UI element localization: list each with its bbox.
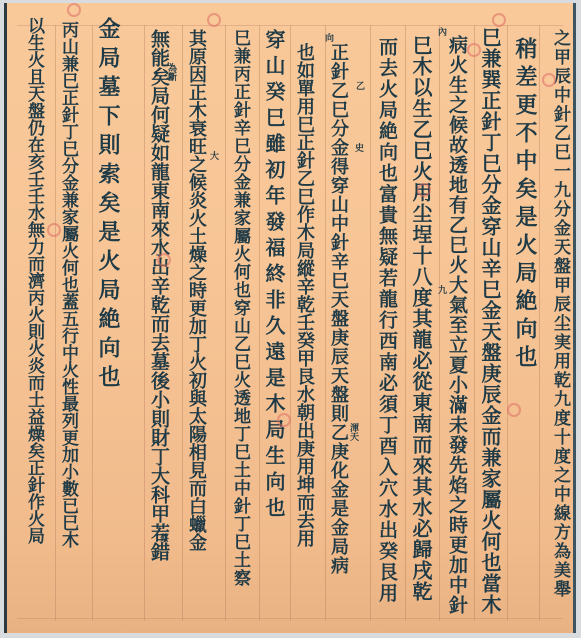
text-column-3: 巳兼巽正針丁巳分金穿山辛巳金天盤庚辰金而兼家屬火何也當木 [480, 27, 500, 615]
column-rule [405, 25, 406, 621]
annotation-shi: 史 [352, 143, 365, 152]
seal-mark [417, 183, 431, 197]
seal-mark [467, 43, 481, 57]
text-column-7: 正針乙巳分金得穿山中針辛巳天盤庚辰天盤則乙庚化金是金局病 [329, 43, 347, 575]
seal-mark [492, 13, 506, 27]
text-column-11: 其原因正木衰旺之候炎火土燥之時更加丁火初與太陽相見而白蠟金 [187, 29, 205, 551]
column-rule [55, 25, 56, 621]
seal-mark [47, 223, 61, 237]
annotation-xiang: 向 [322, 33, 335, 42]
bottom-margin-line [17, 618, 563, 619]
annotation-cai: 蔡 [157, 533, 170, 542]
text-column-4: 病火生之候故透地有乙巳火大氣至立夏小滿未發先焰之時更加中針 [447, 35, 466, 615]
text-column-2: 稍差更不中矣是火局絶向也 [514, 37, 536, 373]
annotation-da: 大 [207, 151, 220, 160]
column-rule [92, 25, 93, 621]
text-column-12: 無能矣局何疑如龍東南來水出辛乾而去墓後小則財丁大科甲若錯 [149, 29, 168, 561]
column-rule [259, 25, 260, 621]
column-rule [290, 25, 291, 621]
column-rule [474, 25, 475, 621]
text-column-8: 也如單用巳正針乙巳作木局縱辛乾壬癸甲艮水朝出庚用坤而去用 [295, 43, 313, 547]
text-column-5: 巳木以生乙巳火用尘埕十八度其龍必從東南而來其水必歸戌乾 [411, 35, 431, 602]
seal-mark [542, 73, 556, 87]
seal-mark [507, 403, 521, 417]
annotation-jiu: 九 [435, 285, 448, 294]
seal-mark [207, 13, 221, 27]
annotation-nei: 內 [435, 27, 448, 36]
annotation-huntian: 渾天 [347, 423, 360, 441]
text-column-6: 而去火局絶向也富貴無疑若龍行西南必須丁酉入穴水出癸艮用 [377, 37, 396, 604]
seal-mark [67, 3, 81, 17]
column-rule [225, 25, 226, 621]
text-column-15: 以生火且天盤仍在亥壬壬水無力而濟丙火則火炎而土益燥矣正針作火局 [25, 17, 42, 544]
column-rule [439, 25, 440, 621]
seal-mark [277, 413, 291, 427]
annotation-yi: 乙 [353, 81, 366, 90]
text-column-1: 之甲辰中針乙巳一九分金天盤甲辰尘実用乾九度十度之中線方為美舉 [551, 29, 568, 599]
column-rule [507, 25, 508, 621]
column-rule [539, 25, 540, 621]
text-column-13: 金局墓下則索矣是火局絶向也 [97, 17, 119, 394]
text-column-9: 穿山癸巳雖初年發福終非久遠是木局生向也 [264, 29, 284, 523]
column-rule [325, 25, 326, 621]
column-rule [182, 25, 183, 621]
seal-mark [157, 253, 171, 267]
column-rule [144, 25, 145, 621]
manuscript-page: 之甲辰中針乙巳一九分金天盤甲辰尘実用乾九度十度之中線方為美舉 稍差更不中矣是火局… [4, 3, 576, 633]
column-rule [370, 25, 371, 621]
text-column-10: 巳兼丙正針辛巳分金兼家屬火何也穿山乙巳火透地丁巳土中針丁巳土察 [231, 29, 248, 587]
text-column-14: 丙山兼巳正針丁巳分金兼家屬火何也蓋五行中火性最列更加小數已巳木 [59, 21, 76, 548]
annotation-weiduan: 為斷 [165, 63, 178, 81]
